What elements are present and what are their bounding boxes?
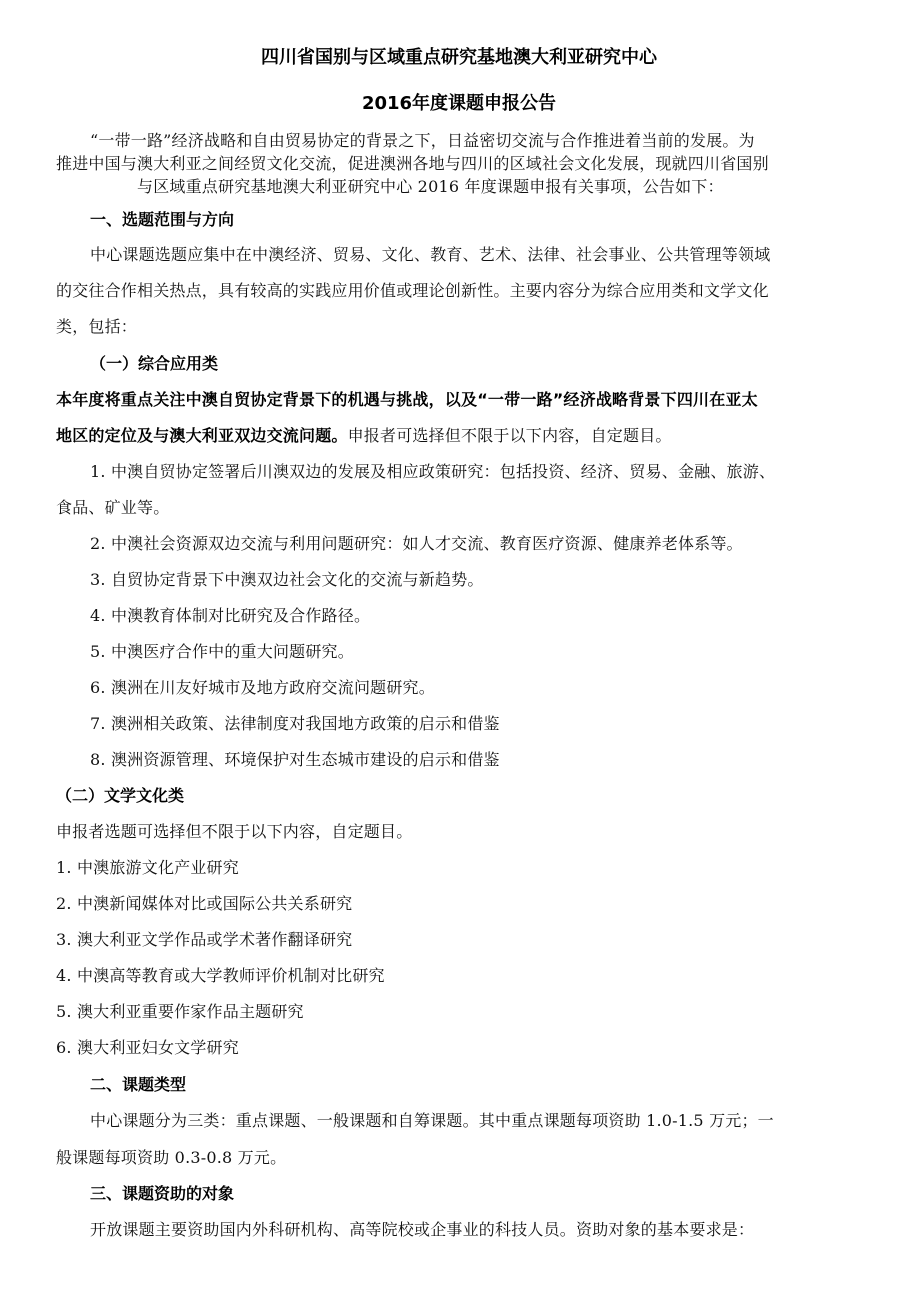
section-1-heading: 一、选题范围与方向 bbox=[90, 210, 234, 230]
section-3-heading: 三、课题资助的对象 bbox=[90, 1184, 234, 1204]
subsection-2-lead: 申报者选题可选择但不限于以下内容，自定题目。 bbox=[56, 822, 412, 842]
subsection-1-lead-line-2: 地区的定位及与澳大利亚双边交流问题。申报者可选择但不限于以下内容，自定题目。 bbox=[56, 426, 672, 446]
subsection-1-item-5: 5. 中澳医疗合作中的重大问题研究。 bbox=[90, 642, 354, 662]
subsection-1-item-1-cont: 食品、矿业等。 bbox=[56, 498, 169, 518]
subsection-1-item-1: 1. 中澳自贸协定签署后川澳双边的发展及相应政策研究：包括投资、经济、贸易、金融… bbox=[90, 462, 775, 482]
intro-line-3: 与区域重点研究基地澳大利亚研究中心 2016 年度课题申报有关事项，公告如下： bbox=[137, 177, 724, 197]
subsection-2-item-2: 2. 中澳新闻媒体对比或国际公共关系研究 bbox=[56, 894, 352, 914]
section-3-para-line-1: 开放课题主要资助国内外科研机构、高等院校或企事业的科技人员。资助对象的基本要求是… bbox=[90, 1220, 754, 1240]
subsection-2-heading: （二）文学文化类 bbox=[56, 786, 184, 806]
subsection-2-item-1: 1. 中澳旅游文化产业研究 bbox=[56, 858, 239, 878]
subsection-2-item-5: 5. 澳大利亚重要作家作品主题研究 bbox=[56, 1002, 304, 1022]
section-1-para-line-2: 的交往合作相关热点，具有较高的实践应用价值或理论创新性。主要内容分为综合应用类和… bbox=[56, 281, 769, 301]
subsection-1-lead-tail: 申报者可选择但不限于以下内容，自定题目。 bbox=[348, 426, 672, 445]
subsection-1-item-6: 6. 澳洲在川友好城市及地方政府交流问题研究。 bbox=[90, 678, 435, 698]
subsection-1-item-3: 3. 自贸协定背景下中澳双边社会文化的交流与新趋势。 bbox=[90, 570, 484, 590]
subsection-1-item-2: 2. 中澳社会资源双边交流与利用问题研究：如人才交流、教育医疗资源、健康养老体系… bbox=[90, 534, 743, 554]
subsection-1-heading: （一）综合应用类 bbox=[90, 354, 218, 374]
document-page: 四川省国别与区域重点研究基地澳大利亚研究中心 2016年度课题申报公告 “一带一… bbox=[0, 0, 918, 1298]
subsection-1-item-7: 7. 澳洲相关政策、法律制度对我国地方政策的启示和借鉴 bbox=[90, 714, 500, 734]
subsection-1-item-4: 4. 中澳教育体制对比研究及合作路径。 bbox=[90, 606, 370, 626]
subsection-1-item-8: 8. 澳洲资源管理、环境保护对生态城市建设的启示和借鉴 bbox=[90, 750, 500, 770]
section-2-heading: 二、课题类型 bbox=[90, 1075, 186, 1095]
subsection-1-bold-lead-line-1: 本年度将重点关注中澳自贸协定背景下的机遇与挑战，以及“一带一路”经济战略背景下四… bbox=[56, 390, 758, 410]
section-1-para-line-1: 中心课题选题应集中在中澳经济、贸易、文化、教育、艺术、法律、社会事业、公共管理等… bbox=[90, 245, 770, 265]
intro-line-1: “一带一路”经济战略和自由贸易协定的背景之下，日益密切交流与合作推进着当前的发展… bbox=[90, 131, 755, 151]
subsection-1-bold-lead-line-2: 地区的定位及与澳大利亚双边交流问题。 bbox=[56, 426, 348, 445]
section-1-para-line-3: 类，包括： bbox=[56, 317, 137, 337]
subsection-2-item-6: 6. 澳大利亚妇女文学研究 bbox=[56, 1038, 239, 1058]
subsection-2-item-3: 3. 澳大利亚文学作品或学术著作翻译研究 bbox=[56, 930, 352, 950]
document-title: 四川省国别与区域重点研究基地澳大利亚研究中心 bbox=[0, 46, 918, 70]
intro-line-2: 推进中国与澳大利亚之间经贸文化交流，促进澳洲各地与四川的区域社会文化发展，现就四… bbox=[56, 154, 769, 174]
section-2-para-line-2: 般课题每项资助 0.3-0.8 万元。 bbox=[56, 1148, 286, 1168]
section-2-para-line-1: 中心课题分为三类：重点课题、一般课题和自筹课题。其中重点课题每项资助 1.0-1… bbox=[90, 1111, 774, 1131]
subsection-2-item-4: 4. 中澳高等教育或大学教师评价机制对比研究 bbox=[56, 966, 385, 986]
document-subtitle: 2016年度课题申报公告 bbox=[0, 92, 918, 116]
